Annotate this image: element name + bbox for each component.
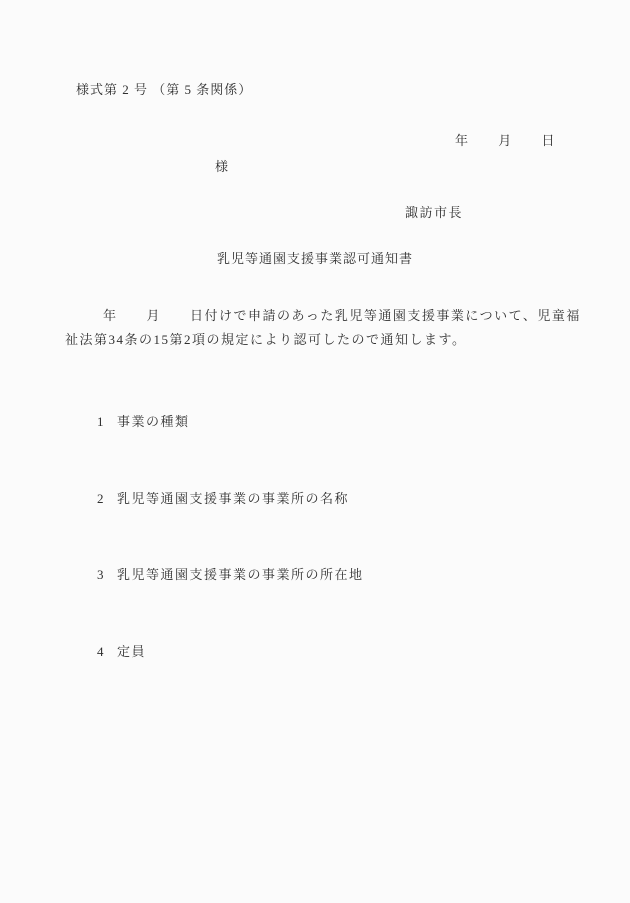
document-title: 乳児等通園支援事業認可通知書 bbox=[0, 252, 630, 265]
item-number: 3 bbox=[97, 568, 117, 581]
date-day-label: 日 bbox=[541, 134, 556, 147]
item-label: 乳児等通園支援事業の事業所の名称 bbox=[117, 491, 349, 506]
date-year-label: 年 bbox=[455, 134, 470, 147]
sender-name: 諏訪市長 bbox=[405, 206, 463, 219]
addressee-honorific: 様 bbox=[215, 160, 230, 173]
body-paragraph-line-1: 年 月 日付けで申請のあった乳児等通園支援事業について、児童福 bbox=[103, 309, 581, 322]
date-line: 年 月 日 bbox=[455, 134, 556, 147]
document-page: 様式第 2 号 （第 5 条関係） 年 月 日 様 諏訪市長 乳児等通園支援事業… bbox=[0, 0, 630, 903]
list-item-office-location: 3乳児等通園支援事業の事業所の所在地 bbox=[78, 555, 364, 594]
item-label: 定員 bbox=[117, 644, 146, 659]
list-item-office-name: 2乳児等通園支援事業の事業所の名称 bbox=[78, 479, 349, 518]
item-label: 事業の種類 bbox=[117, 414, 190, 429]
item-label: 乳児等通園支援事業の事業所の所在地 bbox=[117, 567, 364, 582]
item-number: 2 bbox=[97, 492, 117, 505]
form-number: 様式第 2 号 （第 5 条関係） bbox=[76, 83, 252, 96]
date-month-label: 月 bbox=[498, 134, 513, 147]
list-item-capacity: 4定員 bbox=[78, 632, 146, 671]
body-paragraph-line-2: 祉法第34条の15第2項の規定により認可したので通知します。 bbox=[65, 333, 466, 346]
list-item-business-type: 1事業の種類 bbox=[78, 402, 190, 441]
item-number: 4 bbox=[97, 645, 117, 658]
item-number: 1 bbox=[97, 415, 117, 428]
